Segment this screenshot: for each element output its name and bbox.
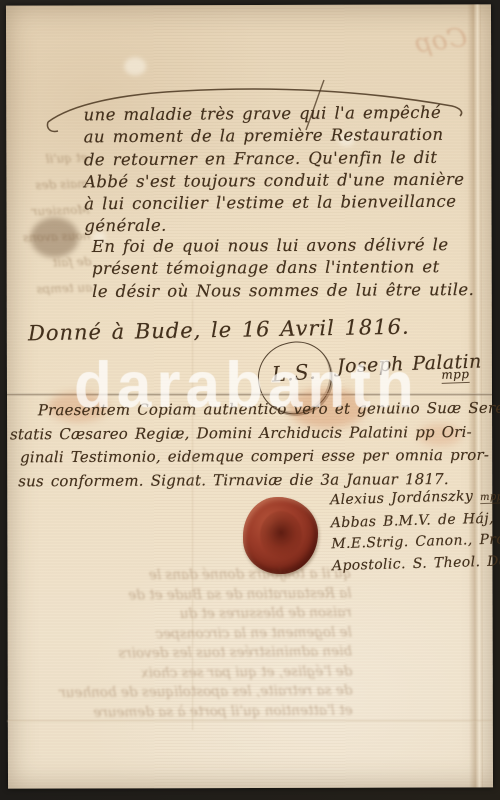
text-line: Abbé s'est toujours conduit d'une manièr… [84, 169, 464, 194]
scanner-background: Cop et qu'il mais des Monsieur nous avon… [0, 0, 500, 800]
text-line: une maladie très grave qui l'a empêché [84, 102, 464, 127]
text-line: de retourner en France. Qu'enfin le dit [84, 146, 464, 171]
manu-propria-mark: mpp [480, 491, 500, 504]
red-wax-seal [243, 497, 318, 574]
text-line: présent témoignage dans l'intention et [92, 256, 474, 280]
text-line: statis Cæsareo Regiæ, Domini Archiducis … [10, 420, 500, 446]
bleedthrough-text-left: et qu'il mais des Monsieur nous avons de… [0, 144, 93, 303]
bleedthrough-text-bottom: qu'il a toujours donné dans le la Restau… [21, 565, 352, 724]
text-line: En foi de quoi nous lui avons délivré le [92, 234, 474, 258]
text-line: le désir où Nous sommes de lui être util… [92, 279, 474, 303]
text-line: à lui concilier l'estime et la bienveill… [84, 191, 464, 216]
darabanth-watermark: darabanth [74, 349, 419, 423]
wax-seal-emblem [260, 511, 302, 559]
clergy-signature-block: Alexius Jordánszky mpp Abbas B.M.V. de H… [330, 484, 500, 577]
paper-spot [124, 57, 146, 75]
manu-propria-mark: mpp [441, 367, 469, 384]
text-line: ginali Testimonio, eidemque comperi esse… [10, 444, 500, 470]
french-paragraph-1: une maladie très grave qui l'a empêché a… [84, 102, 465, 238]
text-line: au moment de la première Restauration [84, 124, 464, 149]
french-paragraph-2: En foi de quoi nous lui avons délivré le… [92, 234, 474, 303]
fold-crease [7, 720, 492, 722]
